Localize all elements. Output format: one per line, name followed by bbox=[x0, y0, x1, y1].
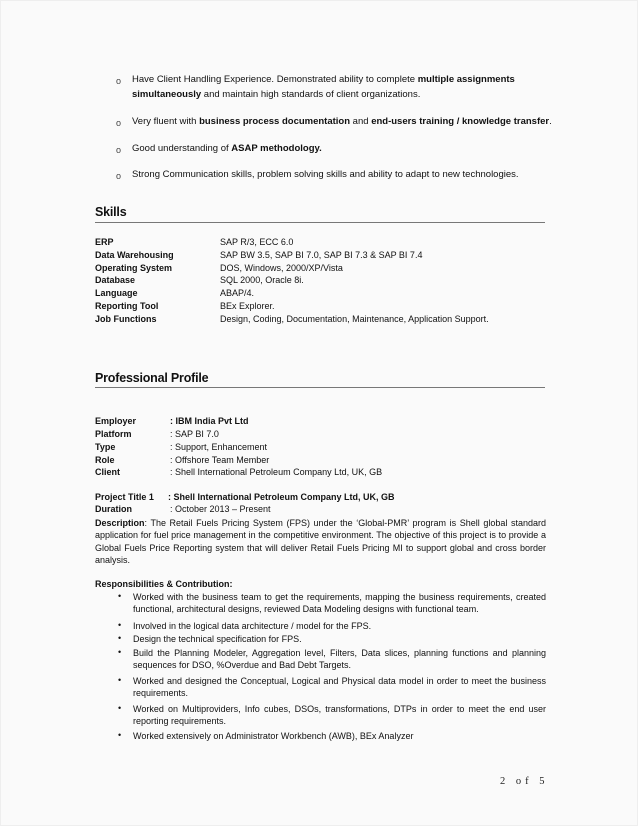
skill-row: Job Functions Design, Coding, Documentat… bbox=[95, 314, 555, 326]
circle-bullet-icon: o bbox=[116, 76, 121, 86]
objective-item: Good understanding of ASAP methodology. bbox=[132, 142, 552, 157]
resume-page: o Have Client Handling Experience. Demon… bbox=[0, 0, 638, 826]
objective-item: Strong Communication skills, problem sol… bbox=[132, 168, 552, 183]
responsibility-item: Involved in the logical data architectur… bbox=[133, 620, 546, 632]
detail-row: Platform: SAP BI 7.0 bbox=[95, 429, 555, 441]
responsibility-item: Build the Planning Modeler, Aggregation … bbox=[133, 647, 546, 672]
skill-row: Database SQL 2000, Oracle 8i. bbox=[95, 275, 555, 287]
duration-row: Duration : October 2013 – Present bbox=[95, 504, 555, 516]
project-title-row: Project Title 1 : Shell International Pe… bbox=[95, 492, 555, 504]
objective-item: Have Client Handling Experience. Demonst… bbox=[132, 73, 552, 102]
responsibility-item: Worked on Multiproviders, Info cubes, DS… bbox=[133, 703, 546, 728]
responsibility-item: Design the technical specification for F… bbox=[133, 633, 546, 645]
bullet-icon: • bbox=[118, 675, 121, 685]
skill-row: Data WarehousingSAP BW 3.5, SAP BI 7.0, … bbox=[95, 250, 555, 262]
responsibilities-heading: Responsibilities & Contribution: bbox=[95, 579, 233, 589]
detail-row: Employer: IBM India Pvt Ltd bbox=[95, 416, 555, 428]
bullet-icon: • bbox=[118, 647, 121, 657]
bullet-icon: • bbox=[118, 620, 121, 630]
skill-row: LanguageABAP/4. bbox=[95, 288, 555, 300]
skill-row: ERPSAP R/3, ECC 6.0 bbox=[95, 237, 555, 249]
responsibility-item: Worked with the business team to get the… bbox=[133, 591, 546, 616]
skill-row: Reporting ToolBEx Explorer. bbox=[95, 301, 555, 313]
bullet-icon: • bbox=[118, 730, 121, 740]
section-divider bbox=[95, 387, 545, 388]
detail-row: Role: Offshore Team Member bbox=[95, 455, 555, 467]
bullet-icon: • bbox=[118, 633, 121, 643]
circle-bullet-icon: o bbox=[116, 171, 121, 181]
objective-item: Very fluent with business process docume… bbox=[132, 115, 552, 130]
bullet-icon: • bbox=[118, 703, 121, 713]
skills-heading: Skills bbox=[95, 205, 126, 219]
section-divider bbox=[95, 222, 545, 223]
bullet-icon: • bbox=[118, 591, 121, 601]
page-number: 2 of 5 bbox=[500, 776, 549, 787]
responsibility-item: Worked and designed the Conceptual, Logi… bbox=[133, 675, 546, 700]
skill-row: Operating System DOS, Windows, 2000/XP/V… bbox=[95, 263, 555, 275]
detail-row: Client: Shell International Petroleum Co… bbox=[95, 467, 555, 479]
responsibility-item: Worked extensively on Administrator Work… bbox=[133, 730, 546, 742]
circle-bullet-icon: o bbox=[116, 145, 121, 155]
project-description: Description: The Retail Fuels Pricing Sy… bbox=[95, 517, 546, 567]
circle-bullet-icon: o bbox=[116, 118, 121, 128]
detail-row: Type: Support, Enhancement bbox=[95, 442, 555, 454]
professional-profile-heading: Professional Profile bbox=[95, 371, 208, 385]
